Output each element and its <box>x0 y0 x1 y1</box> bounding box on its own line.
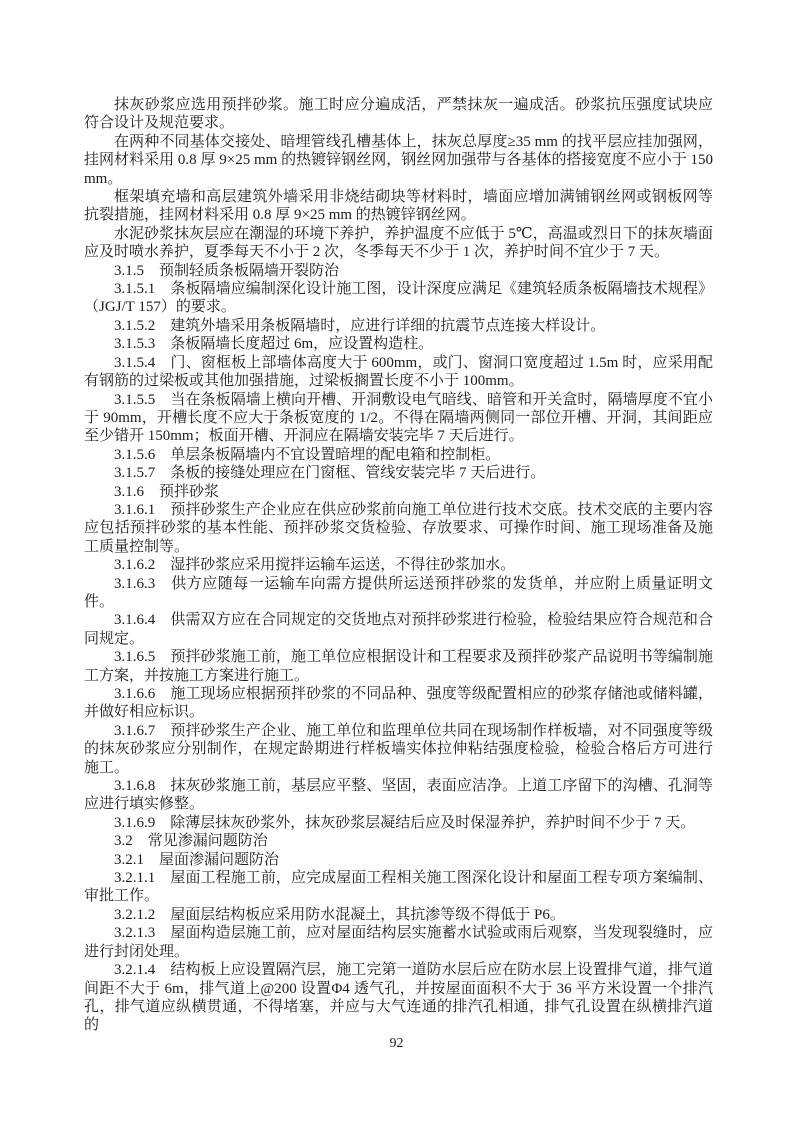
document-body: 抹灰砂浆应选用预拌砂浆。施工时应分遍成活，严禁抹灰一遍成活。砂浆抗压强度试块应符… <box>84 96 713 1035</box>
paragraph: 3.1.5.6 单层条板隔墙内不宜设置暗埋的配电箱和控制柜。 <box>84 446 713 464</box>
paragraph: 3.2.1.3 屋面构造层施工前，应对屋面结构层实施蓄水试验或雨后观察，当发现裂… <box>84 924 713 961</box>
paragraph: 3.2.1 屋面渗漏问题防治 <box>84 851 713 869</box>
paragraph: 3.1.5 预制轻质条板隔墙开裂防治 <box>84 262 713 280</box>
paragraph: 3.1.6.9 除薄层抹灰砂浆外，抹灰砂浆层凝结后应及时保湿养护，养护时间不少于… <box>84 814 713 832</box>
paragraph: 3.1.6.5 预拌砂浆施工前，施工单位应根据设计和工程要求及预拌砂浆产品说明书… <box>84 648 713 685</box>
paragraph: 3.1.5.7 条板的接缝处理应在门窗框、管线安装完毕 7 天后进行。 <box>84 464 713 482</box>
paragraph: 3.1.6.8 抹灰砂浆施工前，基层应平整、坚固，表面应洁净。上道工序留下的沟槽… <box>84 777 713 814</box>
paragraph: 3.1.6.3 供方应随每一运输车向需方提供所运送预拌砂浆的发货单，并应附上质量… <box>84 575 713 612</box>
paragraph: 框架填充墙和高层建筑外墙采用非烧结砌块等材料时，墙面应增加满铺钢丝网或钢板网等抗… <box>84 188 713 225</box>
paragraph: 3.2.1.2 屋面层结构板应采用防水混凝土，其抗渗等级不得低于 P6。 <box>84 906 713 924</box>
paragraph: 3.1.5.3 条板隔墙长度超过 6m，应设置构造柱。 <box>84 335 713 353</box>
paragraph: 水泥砂浆抹灰层应在潮湿的环境下养护，养护温度不应低于 5℃，高温或烈日下的抹灰墙… <box>84 225 713 262</box>
paragraph: 3.1.6.1 预拌砂浆生产企业应在供应砂浆前向施工单位进行技术交底。技术交底的… <box>84 501 713 556</box>
paragraph: 3.1.6 预拌砂浆 <box>84 483 713 501</box>
paragraph: 3.1.5.4 门、窗框板上部墙体高度大于 600mm，或门、窗洞口宽度超过 1… <box>84 354 713 391</box>
paragraph: 3.1.5.2 建筑外墙采用条板隔墙时，应进行详细的抗震节点连接大样设计。 <box>84 317 713 335</box>
page-number: 92 <box>0 1036 793 1052</box>
paragraph: 3.1.6.2 湿拌砂浆应采用搅拌运输车运送，不得往砂浆加水。 <box>84 556 713 574</box>
paragraph: 3.1.6.6 施工现场应根据预拌砂浆的不同品种、强度等级配置相应的砂浆存储池或… <box>84 685 713 722</box>
document-page: 抹灰砂浆应选用预拌砂浆。施工时应分遍成活，严禁抹灰一遍成活。砂浆抗压强度试块应符… <box>0 0 793 1122</box>
paragraph: 3.1.5.5 当在条板隔墙上横向开槽、开洞敷设电气暗线、暗管和开关盒时，隔墙厚… <box>84 391 713 446</box>
paragraph: 3.1.6.7 预拌砂浆生产企业、施工单位和监理单位共同在现场制作样板墙，对不同… <box>84 722 713 777</box>
paragraph: 3.1.5.1 条板隔墙应编制深化设计施工图，设计深度应满足《建筑轻质条板隔墙技… <box>84 280 713 317</box>
paragraph: 3.2.1.4 结构板上应设置隔汽层，施工完第一道防水层后应在防水层上设置排气道… <box>84 961 713 1035</box>
paragraph: 抹灰砂浆应选用预拌砂浆。施工时应分遍成活，严禁抹灰一遍成活。砂浆抗压强度试块应符… <box>84 96 713 133</box>
paragraph: 在两种不同基体交接处、暗埋管线孔槽基体上，抹灰总厚度≥35 mm 的找平层应挂加… <box>84 133 713 188</box>
paragraph: 3.2 常见渗漏问题防治 <box>84 832 713 850</box>
paragraph: 3.2.1.1 屋面工程施工前，应完成屋面工程相关施工图深化设计和屋面工程专项方… <box>84 869 713 906</box>
paragraph: 3.1.6.4 供需双方应在合同规定的交货地点对预拌砂浆进行检验，检验结果应符合… <box>84 611 713 648</box>
